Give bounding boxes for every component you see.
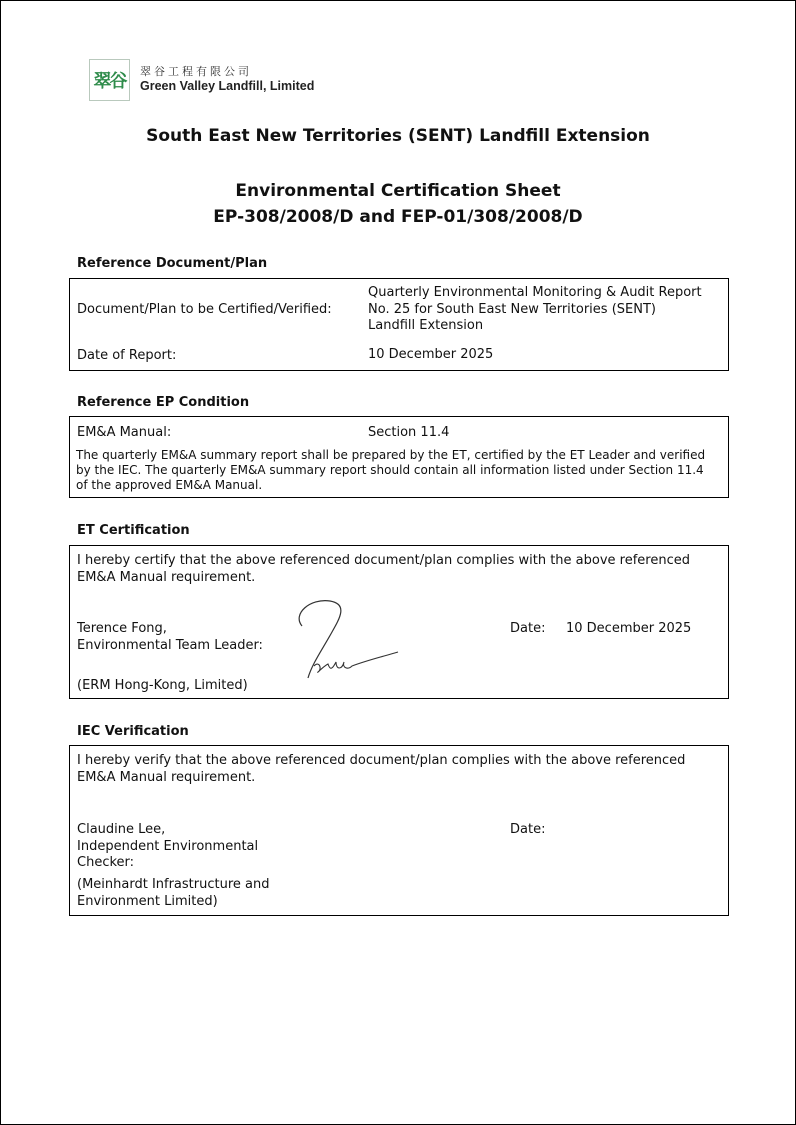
section-heading-reference-document: Reference Document/Plan bbox=[77, 256, 267, 271]
et-date-value: 10 December 2025 bbox=[566, 621, 691, 638]
company-name-english: Green Valley Landfill, Limited bbox=[140, 79, 314, 95]
section-heading-iec-verification: IEC Verification bbox=[77, 724, 189, 739]
document-value: Quarterly Environmental Monitoring & Aud… bbox=[368, 285, 702, 335]
logo-text: 翠谷工程有限公司 Green Valley Landfill, Limited bbox=[140, 65, 314, 94]
et-statement: I hereby certify that the above referenc… bbox=[77, 553, 690, 586]
description-line: The quarterly EM&A summary report shall … bbox=[76, 448, 724, 463]
iec-signatory: Claudine Lee, Independent Environmental … bbox=[77, 822, 258, 872]
permit-references: EP-308/2008/D and FEP-01/308/2008/D bbox=[0, 204, 796, 230]
date-of-report-label: Date of Report: bbox=[77, 348, 176, 365]
description-line: of the approved EM&A Manual. bbox=[76, 478, 724, 493]
manual-value: Section 11.4 bbox=[368, 425, 449, 442]
iec-signatory-role-line: Independent Environmental bbox=[77, 839, 258, 856]
description-line: by the IEC. The quarterly EM&A summary r… bbox=[76, 463, 724, 478]
logo-mark-icon: 翠谷 bbox=[89, 59, 130, 101]
iec-organisation-line: Environment Limited) bbox=[77, 894, 270, 911]
iec-signatory-name: Claudine Lee, bbox=[77, 822, 258, 839]
iec-date-label: Date: bbox=[510, 822, 545, 839]
manual-label: EM&A Manual: bbox=[77, 425, 171, 442]
reference-ep-box: EM&A Manual: Section 11.4 The quarterly … bbox=[69, 416, 729, 498]
signature-icon bbox=[290, 596, 405, 681]
section-heading-reference-ep: Reference EP Condition bbox=[77, 395, 249, 410]
statement-line: EM&A Manual requirement. bbox=[77, 570, 690, 587]
et-signatory-name: Terence Fong, bbox=[77, 621, 263, 638]
date-of-report-value: 10 December 2025 bbox=[368, 347, 493, 364]
statement-line: I hereby verify that the above reference… bbox=[77, 753, 685, 770]
sheet-title-block: Environmental Certification Sheet EP-308… bbox=[0, 178, 796, 230]
document-value-line: Landfill Extension bbox=[368, 318, 702, 335]
company-logo: 翠谷 翠谷工程有限公司 Green Valley Landfill, Limit… bbox=[89, 59, 314, 101]
ep-condition-description: The quarterly EM&A summary report shall … bbox=[76, 448, 724, 493]
et-signatory-role: Environmental Team Leader: bbox=[77, 638, 263, 655]
et-certification-box: I hereby certify that the above referenc… bbox=[69, 545, 729, 699]
iec-organisation: (Meinhardt Infrastructure and Environmen… bbox=[77, 877, 270, 910]
iec-signatory-role-line: Checker: bbox=[77, 855, 258, 872]
section-heading-et-certification: ET Certification bbox=[77, 523, 190, 538]
reference-document-box: Document/Plan to be Certified/Verified: … bbox=[69, 278, 729, 371]
iec-verification-box: I hereby verify that the above reference… bbox=[69, 745, 729, 916]
et-date-label: Date: bbox=[510, 621, 545, 638]
document-label: Document/Plan to be Certified/Verified: bbox=[77, 302, 332, 319]
et-organisation: (ERM Hong-Kong, Limited) bbox=[77, 678, 248, 695]
document-value-line: No. 25 for South East New Territories (S… bbox=[368, 302, 702, 319]
et-signatory: Terence Fong, Environmental Team Leader: bbox=[77, 621, 263, 654]
document-value-line: Quarterly Environmental Monitoring & Aud… bbox=[368, 285, 702, 302]
iec-statement: I hereby verify that the above reference… bbox=[77, 753, 685, 786]
statement-line: EM&A Manual requirement. bbox=[77, 770, 685, 787]
statement-line: I hereby certify that the above referenc… bbox=[77, 553, 690, 570]
project-title: South East New Territories (SENT) Landfi… bbox=[0, 126, 796, 146]
sheet-title: Environmental Certification Sheet bbox=[0, 178, 796, 204]
iec-organisation-line: (Meinhardt Infrastructure and bbox=[77, 877, 270, 894]
company-name-chinese: 翠谷工程有限公司 bbox=[140, 65, 314, 79]
